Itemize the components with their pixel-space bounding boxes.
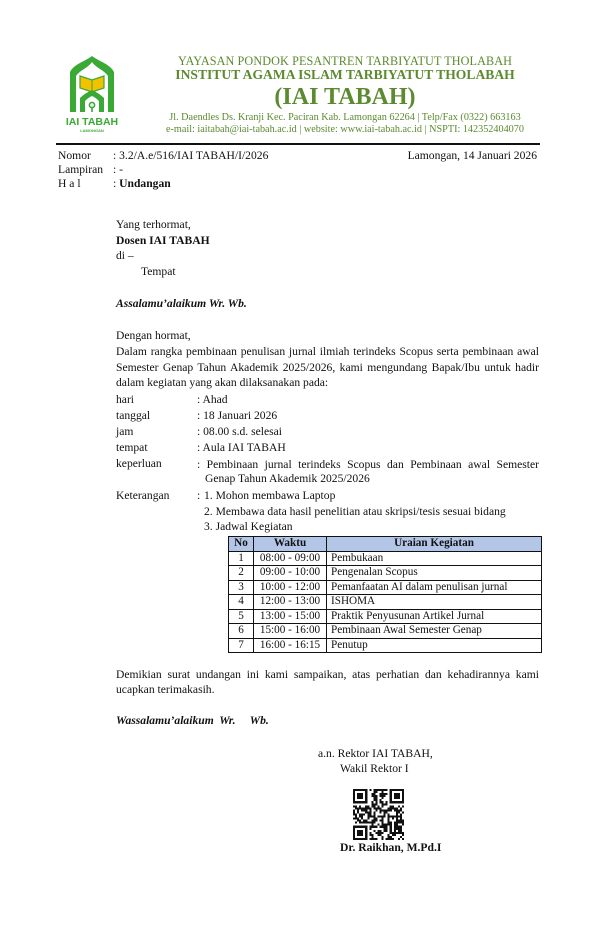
detail-value-keperluan-cont: Genap Tahun Akademik 2025/2026 bbox=[205, 472, 370, 485]
schedule-cell-no: 6 bbox=[229, 624, 254, 639]
schedule-cell-waktu: 15:00 - 16:00 bbox=[254, 624, 327, 639]
detail-label-tanggal: tanggal bbox=[116, 409, 150, 422]
schedule-cell-no: 2 bbox=[229, 566, 254, 581]
schedule-cell-uraian: Penutup bbox=[327, 638, 542, 653]
schedule-cell-uraian: Pembinaan Awal Semester Genap bbox=[327, 624, 542, 639]
body-paragraph-line-1: Dalam rangka pembinaan penulisan jurnal … bbox=[116, 344, 539, 360]
keterangan-item-3: 3. Jadwal Kegiatan bbox=[204, 520, 293, 533]
schedule-cell-no: 1 bbox=[229, 551, 254, 566]
body-opening: Dengan hormat, bbox=[116, 329, 191, 342]
schedule-cell-uraian: Pemanfaatan AI dalam penulisan jurnal bbox=[327, 580, 542, 595]
detail-value-hari: : Ahad bbox=[197, 393, 228, 406]
header-waktu: Waktu bbox=[254, 537, 327, 552]
body-paragraph-line-2: Semester Genap Tahun Akademik 2025/2026,… bbox=[116, 360, 539, 376]
closing-line-2: ucapkan terimakasih. bbox=[116, 683, 215, 696]
recipient-greeting: Yang terhormat, bbox=[116, 218, 191, 231]
schedule-cell-no: 4 bbox=[229, 595, 254, 610]
detail-value-keperluan: : Pembinaan jurnal terindeks Scopus dan … bbox=[197, 457, 539, 473]
schedule-cell-waktu: 16:00 - 16:15 bbox=[254, 638, 327, 653]
institute-acronym: (IAI TABAH) bbox=[180, 84, 510, 111]
detail-label-keperluan: keperluan bbox=[116, 457, 162, 470]
institute-address: Jl. Daendles Ds. Kranji Kec. Paciran Kab… bbox=[140, 112, 550, 123]
schedule-row: 108:00 - 09:00Pembukaan bbox=[229, 551, 542, 566]
schedule-cell-uraian: Pembukaan bbox=[327, 551, 542, 566]
schedule-cell-no: 7 bbox=[229, 638, 254, 653]
keterangan-colon: : bbox=[197, 489, 200, 502]
schedule-row: 513:00 - 15:00Praktik Penyusunan Artikel… bbox=[229, 609, 542, 624]
detail-label-tempat: tempat bbox=[116, 441, 148, 454]
schedule-row: 615:00 - 16:00Pembinaan Awal Semester Ge… bbox=[229, 624, 542, 639]
nomor-label: Nomor bbox=[58, 149, 91, 162]
hal-label: H a l bbox=[58, 177, 81, 190]
signature-on-behalf: a.n. Rektor IAI TABAH, bbox=[318, 747, 433, 760]
svg-text:IAI TABAH: IAI TABAH bbox=[66, 116, 118, 128]
lampiran-label: Lampiran bbox=[58, 163, 103, 176]
schedule-cell-waktu: 08:00 - 09:00 bbox=[254, 551, 327, 566]
recipient-name: Dosen IAI TABAH bbox=[116, 234, 210, 247]
salam-closing: Wassalamu’alaikum Wr. Wb. bbox=[116, 714, 269, 727]
detail-value-tempat: : Aula IAI TABAH bbox=[197, 441, 286, 454]
hal-value: : Undangan bbox=[113, 177, 171, 190]
institute-contact: e-mail: iaitabah@iai-tabah.ac.id | websi… bbox=[140, 124, 550, 135]
signature-position: Wakil Rektor I bbox=[340, 762, 409, 775]
letterhead-divider bbox=[56, 143, 540, 145]
body-paragraph-line-3: dalam kegiatan yang akan dilaksanakan pa… bbox=[116, 376, 328, 389]
schedule-row: 310:00 - 12:00Pemanfaatan AI dalam penul… bbox=[229, 580, 542, 595]
schedule-cell-uraian: ISHOMA bbox=[327, 595, 542, 610]
closing-line-1: Demikian surat undangan ini kami sampaik… bbox=[116, 667, 539, 683]
keterangan-label: Keterangan bbox=[116, 489, 169, 502]
institution-logo: IAI TABAH LAMONGAN bbox=[62, 54, 122, 134]
schedule-cell-waktu: 10:00 - 12:00 bbox=[254, 580, 327, 595]
nomor-value: : 3.2/A.e/516/IAI TABAH/I/2026 bbox=[113, 149, 268, 162]
schedule-cell-uraian: Pengenalan Scopus bbox=[327, 566, 542, 581]
detail-label-hari: hari bbox=[116, 393, 134, 406]
header-uraian: Uraian Kegiatan bbox=[327, 537, 542, 552]
svg-text:LAMONGAN: LAMONGAN bbox=[80, 128, 104, 133]
schedule-header-row: No Waktu Uraian Kegiatan bbox=[229, 537, 542, 552]
schedule-cell-no: 3 bbox=[229, 580, 254, 595]
qr-code-icon bbox=[353, 789, 404, 840]
place-date: Lamongan, 14 Januari 2026 bbox=[408, 149, 537, 162]
detail-value-tanggal: : 18 Januari 2026 bbox=[197, 409, 277, 422]
keterangan-item-2: 2. Membawa data hasil penelitian atau sk… bbox=[204, 505, 506, 518]
recipient-di: di – bbox=[116, 249, 134, 262]
schedule-cell-uraian: Praktik Penyusunan Artikel Jurnal bbox=[327, 609, 542, 624]
salam-opening: Assalamu’alaikum Wr. Wb. bbox=[116, 297, 247, 310]
signatory-name: Dr. Raikhan, M.Pd.I bbox=[340, 841, 441, 854]
schedule-row: 209:00 - 10:00Pengenalan Scopus bbox=[229, 566, 542, 581]
recipient-place: Tempat bbox=[141, 265, 176, 278]
schedule-row: 412:00 - 13:00ISHOMA bbox=[229, 595, 542, 610]
schedule-table: No Waktu Uraian Kegiatan 108:00 - 09:00P… bbox=[228, 536, 542, 653]
schedule-row: 716:00 - 16:15Penutup bbox=[229, 638, 542, 653]
schedule-cell-waktu: 13:00 - 15:00 bbox=[254, 609, 327, 624]
lampiran-value: : - bbox=[113, 163, 123, 176]
detail-label-jam: jam bbox=[116, 425, 133, 438]
header-no: No bbox=[229, 537, 254, 552]
schedule-cell-no: 5 bbox=[229, 609, 254, 624]
keterangan-item-1: 1. Mohon membawa Laptop bbox=[204, 489, 335, 502]
mosque-book-logo-icon: IAI TABAH LAMONGAN bbox=[62, 54, 122, 134]
detail-value-jam: : 08.00 s.d. selesai bbox=[197, 425, 282, 438]
institute-name: INSTITUT AGAMA ISLAM TARBIYATUT THOLABAH bbox=[140, 67, 550, 83]
schedule-cell-waktu: 12:00 - 13:00 bbox=[254, 595, 327, 610]
schedule-cell-waktu: 09:00 - 10:00 bbox=[254, 566, 327, 581]
